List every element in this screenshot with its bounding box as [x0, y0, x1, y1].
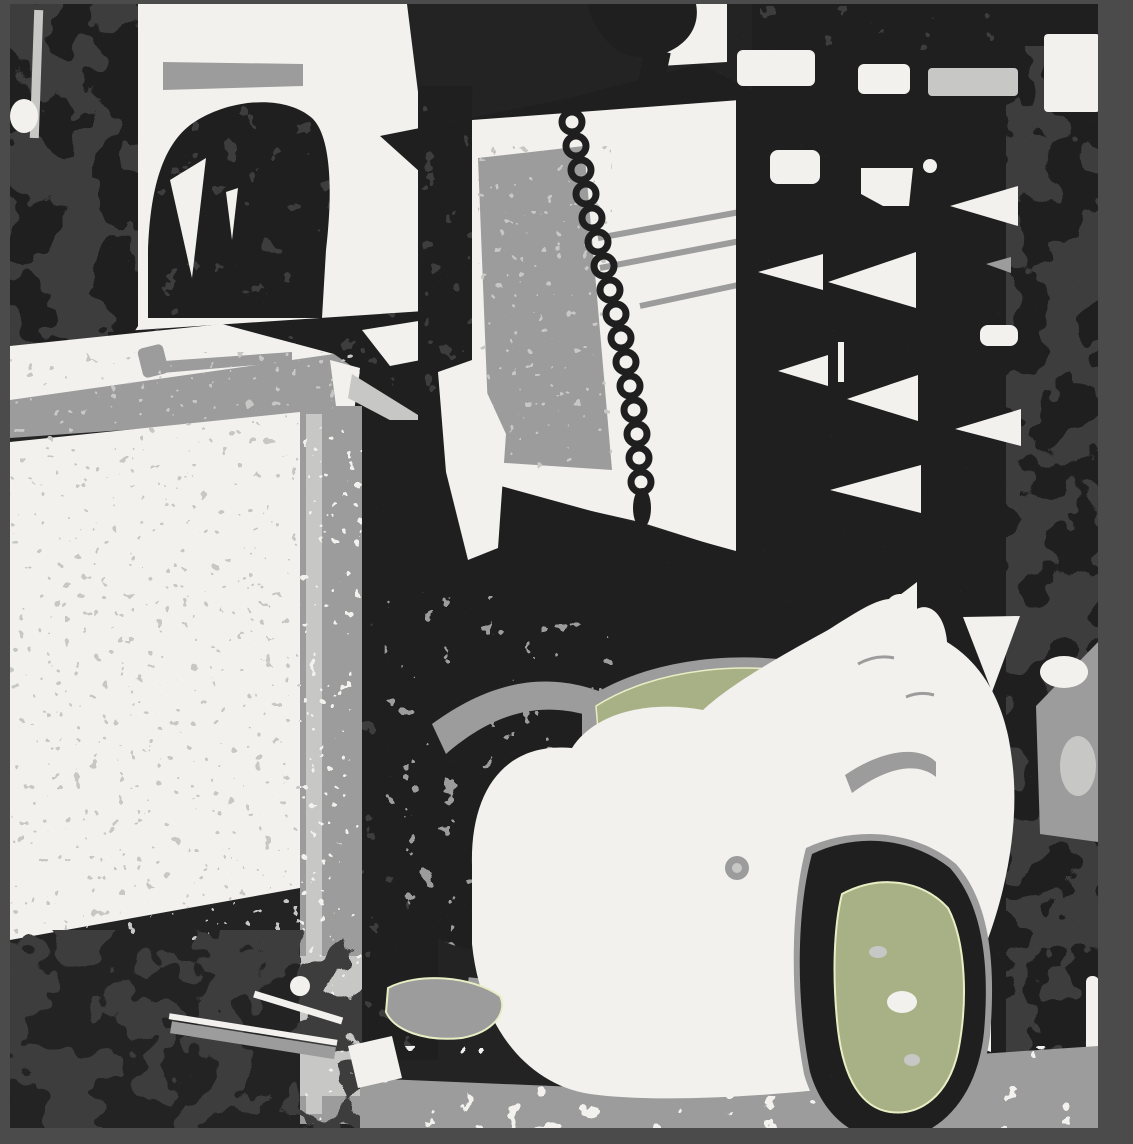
- posterized-photograph: Posterized high-contrast black-and-white…: [0, 0, 1133, 1144]
- photo-scene: [10, 4, 1100, 1144]
- photo-canvas: Posterized high-contrast black-and-white…: [0, 0, 1133, 1144]
- photo-grain-overlay: [10, 4, 1098, 1128]
